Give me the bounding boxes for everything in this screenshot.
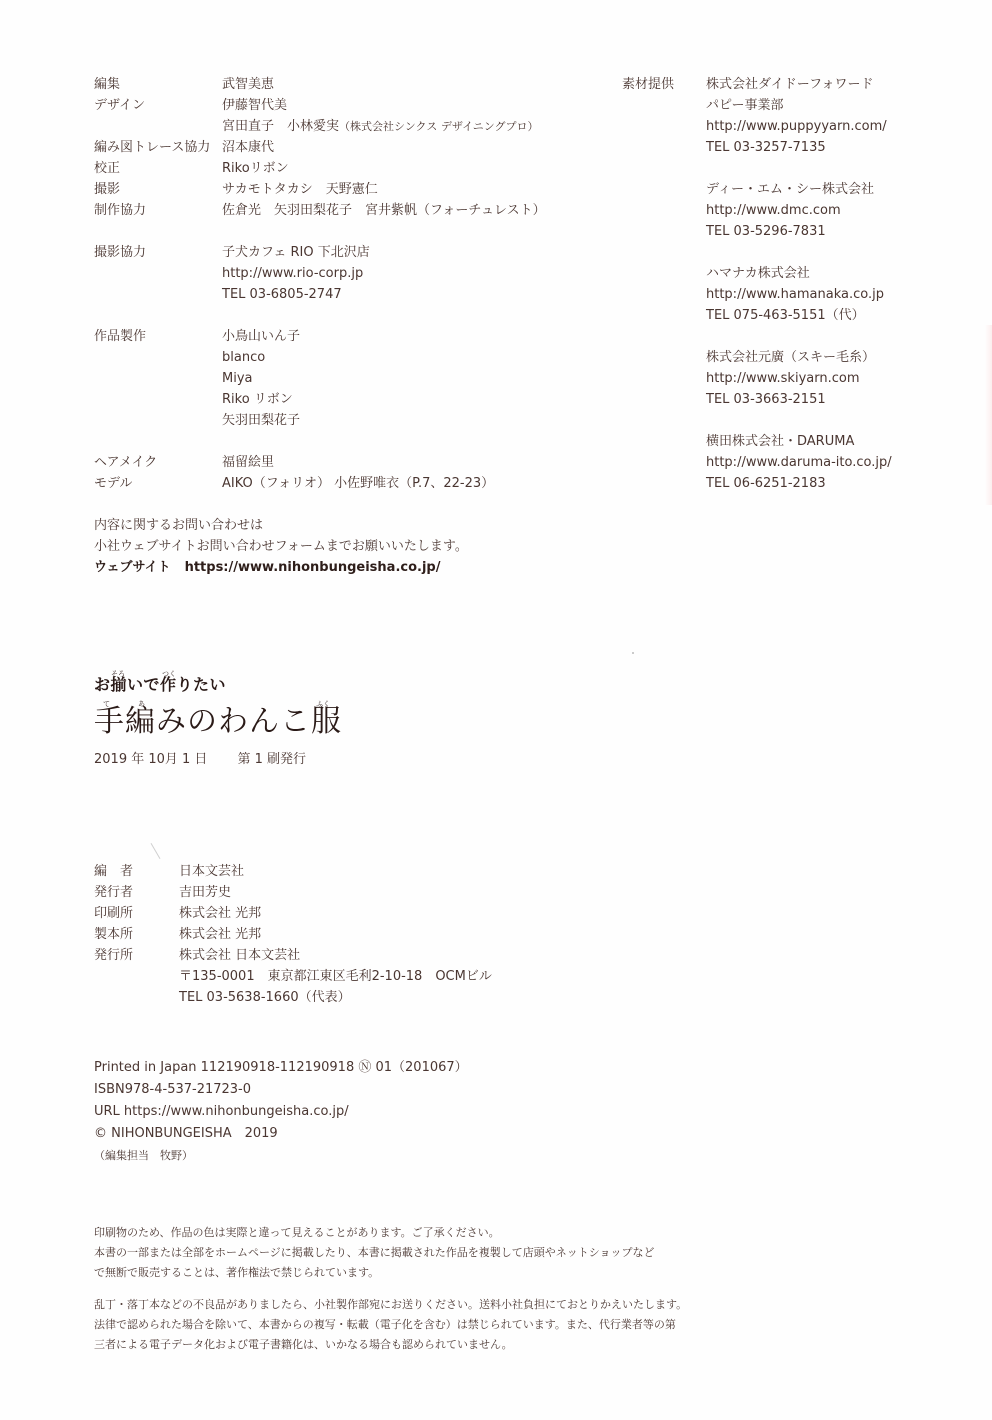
colophon-section: 編 者日本文芸社 発行者吉田芳史 印刷所株式会社 光邦 製本所株式会社 光邦 発… bbox=[94, 861, 492, 1008]
colophon-row-printer: 印刷所株式会社 光邦 bbox=[94, 903, 492, 924]
website-label: ウェブサイト bbox=[94, 560, 171, 575]
empty-label bbox=[622, 431, 706, 452]
supplier-line: http://www.skiyarn.com bbox=[622, 368, 962, 389]
supplier-company-name: 株式会社元廣（スキー毛糸） bbox=[706, 347, 962, 368]
page-edge-tint bbox=[985, 325, 992, 505]
subtitle-wrap: そろ つく お揃いで作りたい bbox=[94, 672, 342, 698]
empty-label bbox=[622, 368, 706, 389]
model-label: モデル bbox=[94, 473, 222, 494]
notice-line: 印刷物のため、作品の色は実際と違って見えることがあります。ご了承ください。 bbox=[94, 1223, 687, 1243]
colophon-row-publisher: 発行所株式会社 日本文芸社 bbox=[94, 945, 492, 966]
photo-cooperation-tel-row: TEL 03-6805-2747 bbox=[94, 284, 594, 305]
empty-label bbox=[622, 389, 706, 410]
colophon-label: 製本所 bbox=[94, 924, 179, 945]
colophon-label: 発行者 bbox=[94, 882, 179, 903]
empty-label bbox=[94, 389, 222, 410]
supplier-company-name: 横田株式会社・DARUMA bbox=[706, 431, 962, 452]
ruby-fuku: ふく bbox=[316, 699, 330, 709]
credit-value: サカモトタカシ 天野憲仁 bbox=[222, 179, 594, 200]
editor-in-charge: （編集担当 牧野） bbox=[94, 1145, 468, 1167]
publisher-tel: TEL 03-5638-1660（代表） bbox=[179, 987, 492, 1008]
empty-label bbox=[622, 116, 706, 137]
colophon-value: 吉田芳史 bbox=[179, 882, 492, 903]
works-row: 矢羽田梨花子 bbox=[94, 410, 594, 431]
photo-cooperation-tel: TEL 03-6805-2747 bbox=[222, 284, 594, 305]
empty-label bbox=[94, 263, 222, 284]
notices-section: 印刷物のため、作品の色は実際と違って見えることがあります。ご了承ください。 本書… bbox=[94, 1223, 687, 1355]
colophon-value: 株式会社 光邦 bbox=[179, 924, 492, 945]
supplier-url: http://www.hamanaka.co.jp bbox=[706, 284, 962, 305]
colophon-row-binder: 製本所株式会社 光邦 bbox=[94, 924, 492, 945]
works-row: Riko リボン bbox=[94, 389, 594, 410]
publication-date: 2019 年 10月 1 日 bbox=[94, 752, 207, 767]
supplier-company-name: ハマナカ株式会社 bbox=[706, 263, 962, 284]
credit-label: 校正 bbox=[94, 158, 222, 179]
credit-label bbox=[94, 116, 222, 137]
works-row: blanco bbox=[94, 347, 594, 368]
empty-label bbox=[622, 200, 706, 221]
supplier-line: TEL 03-3257-7135 bbox=[622, 137, 962, 158]
empty-label bbox=[622, 305, 706, 326]
suppliers-section: 素材提供 株式会社ダイドーフォワード パピー事業部 http://www.pup… bbox=[622, 74, 962, 494]
empty-label bbox=[94, 410, 222, 431]
colophon-row-tel: TEL 03-5638-1660（代表） bbox=[94, 987, 492, 1008]
colophon-row-address: 〒135-0001 東京都江東区毛利2-10-18 OCMビル bbox=[94, 966, 492, 987]
supplier-division: パピー事業部 bbox=[706, 95, 962, 116]
contact-line-2: 小社ウェブサイトお問い合わせフォームまでお願いいたします。 bbox=[94, 536, 468, 557]
colophon-value: 日本文芸社 bbox=[179, 861, 492, 882]
supplier-tel: TEL 03-5296-7831 bbox=[706, 221, 962, 242]
supplier-line: http://www.dmc.com bbox=[622, 200, 962, 221]
credit-row-photography: 撮影 サカモトタカシ 天野憲仁 bbox=[94, 179, 594, 200]
empty-label bbox=[622, 473, 706, 494]
print-info-section: Printed in Japan 112190918-112190918 Ⓝ 0… bbox=[94, 1057, 468, 1167]
works-row: 作品製作 小鳥山いん子 bbox=[94, 326, 594, 347]
notice-line: 三者による電子データ化および電子書籍化は、いかなる場合も認められていません。 bbox=[94, 1335, 687, 1355]
credit-label: 制作協力 bbox=[94, 200, 222, 221]
spacer bbox=[622, 242, 962, 263]
hair-makeup-row: ヘアメイク 福留絵里 bbox=[94, 452, 594, 473]
contact-section: 内容に関するお問い合わせは 小社ウェブサイトお問い合わせフォームまでお願いいたし… bbox=[94, 515, 468, 578]
spacer bbox=[622, 410, 962, 431]
credit-row-proofreading: 校正 Rikoリボン bbox=[94, 158, 594, 179]
supplier-tel: TEL 03-3257-7135 bbox=[706, 137, 962, 158]
website-url: https://www.nihonbungeisha.co.jp/ bbox=[185, 560, 441, 575]
hair-makeup-value: 福留絵里 bbox=[222, 452, 594, 473]
ruby-te: て bbox=[103, 699, 110, 709]
colophon-value: 株式会社 日本文芸社 bbox=[179, 945, 492, 966]
supplier-line: http://www.puppyyarn.com/ bbox=[622, 116, 962, 137]
edition: 第 1 刷発行 bbox=[237, 752, 306, 767]
supplier-company-name: ディー・エム・シー株式会社 bbox=[706, 179, 962, 200]
scan-speck bbox=[632, 652, 634, 654]
credit-row-design: デザイン 伊藤智代美 bbox=[94, 95, 594, 116]
spacer bbox=[622, 158, 962, 179]
supplier-url: http://www.dmc.com bbox=[706, 200, 962, 221]
empty-label bbox=[94, 284, 222, 305]
credit-value: 武智美恵 bbox=[222, 74, 594, 95]
book-subtitle: お揃いで作りたい bbox=[94, 672, 342, 698]
spacer bbox=[94, 221, 594, 242]
book-title: 手編みのわんこ服 bbox=[94, 700, 342, 744]
works-maker: blanco bbox=[222, 347, 594, 368]
colophon-label: 編 者 bbox=[94, 861, 179, 882]
publisher-url: URL https://www.nihonbungeisha.co.jp/ bbox=[94, 1101, 468, 1123]
supplier-line: http://www.hamanaka.co.jp bbox=[622, 284, 962, 305]
works-maker: 矢羽田梨花子 bbox=[222, 410, 594, 431]
credits-section: 編集 武智美恵 デザイン 伊藤智代美 宮田直子 小林愛実（株式会社シンクス デザ… bbox=[94, 74, 594, 494]
credit-row-editor: 編集 武智美恵 bbox=[94, 74, 594, 95]
supplier-line: 横田株式会社・DARUMA bbox=[622, 431, 962, 452]
colophon-row-publisher-person: 発行者吉田芳史 bbox=[94, 882, 492, 903]
hair-makeup-label: ヘアメイク bbox=[94, 452, 222, 473]
model-value: AIKO（フォリオ） 小佐野唯衣（P.7、22-23） bbox=[222, 473, 594, 494]
supplier-url: http://www.skiyarn.com bbox=[706, 368, 962, 389]
credit-value: Rikoリボン bbox=[222, 158, 594, 179]
credit-company-note: （株式会社シンクス デザイニングプロ） bbox=[339, 120, 538, 133]
empty-label bbox=[622, 347, 706, 368]
colophon-value: 株式会社 光邦 bbox=[179, 903, 492, 924]
colophon-label: 発行所 bbox=[94, 945, 179, 966]
works-maker: 小鳥山いん子 bbox=[222, 326, 594, 347]
supplier-line: 素材提供 株式会社ダイドーフォワード bbox=[622, 74, 962, 95]
publisher-address: 〒135-0001 東京都江東区毛利2-10-18 OCMビル bbox=[179, 966, 492, 987]
notice-line: 本書の一部または全部をホームページに掲載したり、本書に掲載された作品を複製して店… bbox=[94, 1243, 687, 1263]
supplier-line: ディー・エム・シー株式会社 bbox=[622, 179, 962, 200]
supplier-line: http://www.daruma-ito.co.jp/ bbox=[622, 452, 962, 473]
colophon-label bbox=[94, 987, 179, 1008]
supplier-line: TEL 03-3663-2151 bbox=[622, 389, 962, 410]
credit-label: デザイン bbox=[94, 95, 222, 116]
spacer bbox=[94, 431, 594, 452]
ruby-a: あ bbox=[138, 699, 145, 709]
supplier-company-name: 株式会社ダイドーフォワード bbox=[706, 74, 962, 95]
copyright: © NIHONBUNGEISHA 2019 bbox=[94, 1123, 468, 1145]
empty-label bbox=[94, 368, 222, 389]
empty-label bbox=[622, 221, 706, 242]
colophon-label: 印刷所 bbox=[94, 903, 179, 924]
empty-label bbox=[622, 137, 706, 158]
ruby-sora: そろ bbox=[111, 669, 125, 679]
credit-row-trace: 編み図トレース協力 沼本康代 bbox=[94, 137, 594, 158]
photo-cooperation-venue: 子犬カフェ RIO 下北沢店 bbox=[222, 242, 594, 263]
works-row: Miya bbox=[94, 368, 594, 389]
works-label: 作品製作 bbox=[94, 326, 222, 347]
spacer bbox=[94, 305, 594, 326]
credit-row-production-cooperation: 制作協力 佐倉光 矢羽田梨花子 宮井紫帆（フォーチュレスト） bbox=[94, 200, 594, 221]
main-title-wrap: て あ ふく 手編みのわんこ服 bbox=[94, 700, 342, 744]
supplier-url: http://www.puppyyarn.com/ bbox=[706, 116, 962, 137]
notice-block-defects-reproduction: 乱丁・落丁本などの不良品がありましたら、小社製作部宛にお送りください。送料小社負… bbox=[94, 1295, 687, 1355]
publication-date-line: 2019 年 10月 1 日第 1 刷発行 bbox=[94, 750, 342, 770]
empty-label bbox=[622, 263, 706, 284]
credit-row-design-2: 宮田直子 小林愛実（株式会社シンクス デザイニングプロ） bbox=[94, 116, 594, 137]
colophon-row-editor: 編 者日本文芸社 bbox=[94, 861, 492, 882]
credit-label: 編み図トレース協力 bbox=[94, 137, 222, 158]
credit-label: 編集 bbox=[94, 74, 222, 95]
supplier-line: TEL 06-6251-2183 bbox=[622, 473, 962, 494]
photo-cooperation-url-row: http://www.rio-corp.jp bbox=[94, 263, 594, 284]
empty-label bbox=[622, 284, 706, 305]
colophon-label bbox=[94, 966, 179, 987]
suppliers-label: 素材提供 bbox=[622, 74, 706, 95]
notice-line: 法律で認められた場合を除いて、本書からの複写・転載（電子化を含む）は禁じられてい… bbox=[94, 1315, 687, 1335]
book-title-block: そろ つく お揃いで作りたい て あ ふく 手編みのわんこ服 2019 年 10… bbox=[94, 672, 342, 770]
credit-names: 宮田直子 小林愛実 bbox=[222, 119, 339, 134]
credit-value: 佐倉光 矢羽田梨花子 宮井紫帆（フォーチュレスト） bbox=[222, 200, 594, 221]
printed-in-japan: Printed in Japan 112190918-112190918 Ⓝ 0… bbox=[94, 1057, 468, 1079]
credit-label: 撮影 bbox=[94, 179, 222, 200]
credit-value: 宮田直子 小林愛実（株式会社シンクス デザイニングプロ） bbox=[222, 116, 594, 137]
notice-line: で無断で販売することは、著作権法で禁じられています。 bbox=[94, 1263, 687, 1283]
supplier-url: http://www.daruma-ito.co.jp/ bbox=[706, 452, 962, 473]
supplier-line: パピー事業部 bbox=[622, 95, 962, 116]
works-maker: Riko リボン bbox=[222, 389, 594, 410]
supplier-tel: TEL 03-3663-2151 bbox=[706, 389, 962, 410]
credit-value: 沼本康代 bbox=[222, 137, 594, 158]
spacer bbox=[622, 326, 962, 347]
photo-cooperation-row: 撮影協力 子犬カフェ RIO 下北沢店 bbox=[94, 242, 594, 263]
supplier-tel: TEL 06-6251-2183 bbox=[706, 473, 962, 494]
empty-label bbox=[622, 179, 706, 200]
isbn: ISBN978-4-537-21723-0 bbox=[94, 1079, 468, 1101]
photo-cooperation-url: http://www.rio-corp.jp bbox=[222, 263, 594, 284]
supplier-line: TEL 03-5296-7831 bbox=[622, 221, 962, 242]
scan-mark bbox=[151, 843, 161, 859]
website-line: ウェブサイトhttps://www.nihonbungeisha.co.jp/ bbox=[94, 557, 468, 578]
empty-label bbox=[622, 95, 706, 116]
model-row: モデル AIKO（フォリオ） 小佐野唯衣（P.7、22-23） bbox=[94, 473, 594, 494]
supplier-line: ハマナカ株式会社 bbox=[622, 263, 962, 284]
empty-label bbox=[94, 347, 222, 368]
supplier-line: TEL 075-463-5151（代） bbox=[622, 305, 962, 326]
supplier-tel: TEL 075-463-5151（代） bbox=[706, 305, 962, 326]
ruby-tsuku: つく bbox=[162, 669, 176, 679]
notice-line: 乱丁・落丁本などの不良品がありましたら、小社製作部宛にお送りください。送料小社負… bbox=[94, 1295, 687, 1315]
credit-value: 伊藤智代美 bbox=[222, 95, 594, 116]
empty-label bbox=[622, 452, 706, 473]
contact-line-1: 内容に関するお問い合わせは bbox=[94, 515, 468, 536]
supplier-line: 株式会社元廣（スキー毛糸） bbox=[622, 347, 962, 368]
notice-block-color-copyright: 印刷物のため、作品の色は実際と違って見えることがあります。ご了承ください。 本書… bbox=[94, 1223, 687, 1283]
photo-cooperation-label: 撮影協力 bbox=[94, 242, 222, 263]
works-maker: Miya bbox=[222, 368, 594, 389]
